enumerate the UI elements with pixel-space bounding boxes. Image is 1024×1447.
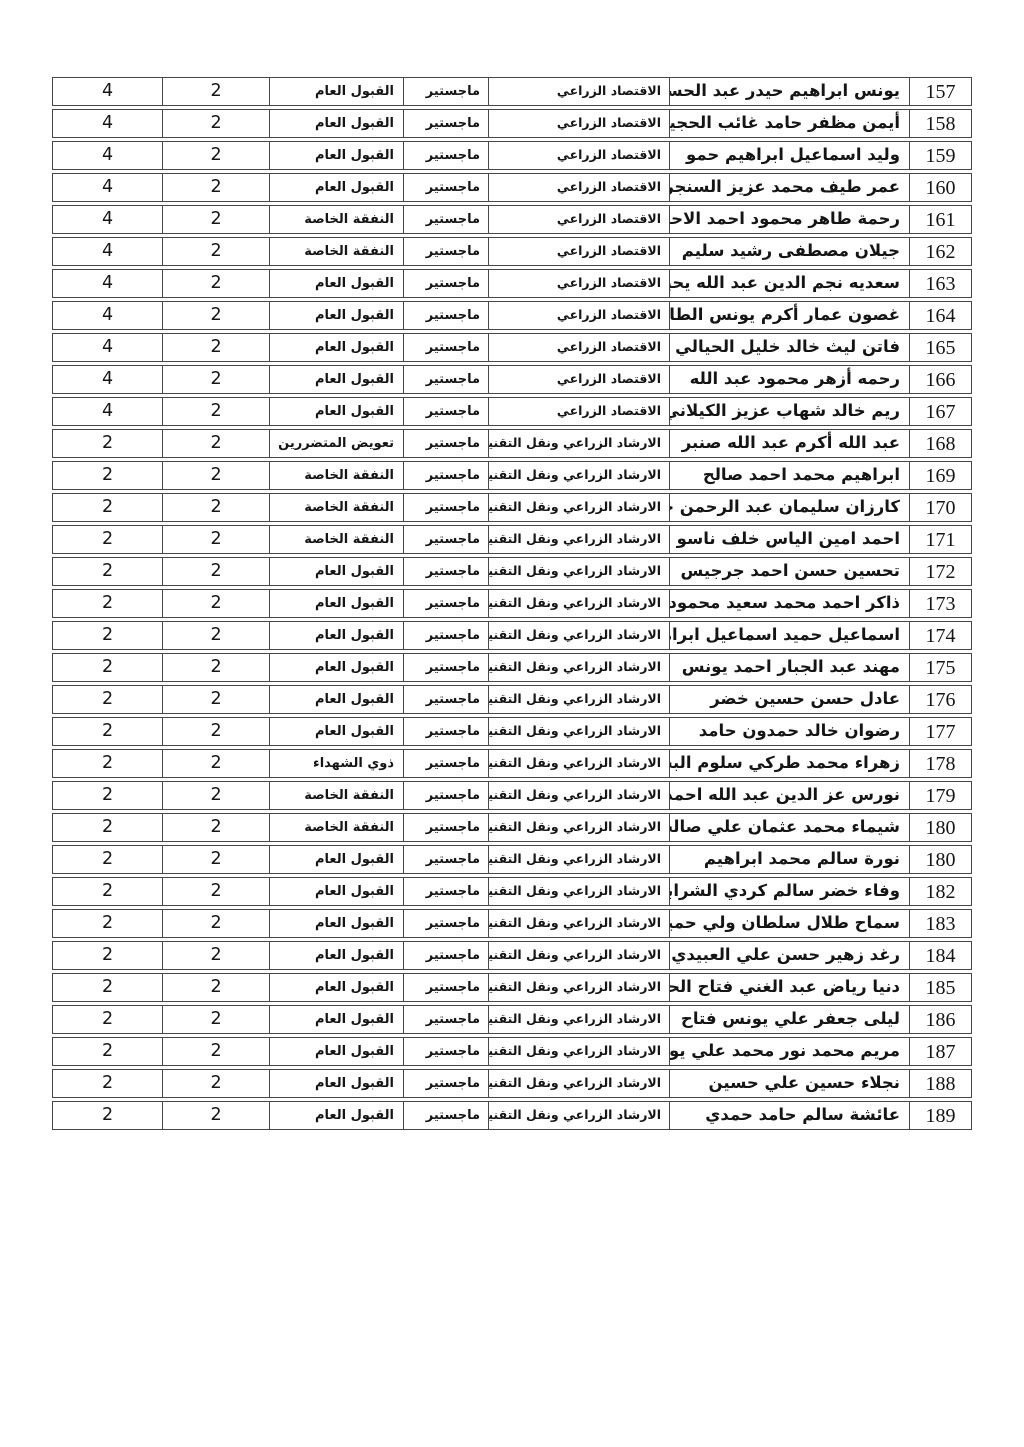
department-cell: الارشاد الزراعي ونقل التقنيات <box>488 430 669 457</box>
total-number-cell: 2 <box>53 686 162 713</box>
total-number-cell: 2 <box>53 718 162 745</box>
admission-channel-cell: القبول العام <box>269 1006 403 1033</box>
table-row: 185 دنيا رياض عبد الغني فتاح الحلاق الار… <box>52 973 972 1002</box>
table-row: 159 وليد اسماعيل ابراهيم حمو الاقتصاد ال… <box>52 141 972 170</box>
admission-channel-cell: القبول العام <box>269 878 403 905</box>
department-cell: الارشاد الزراعي ونقل التقنيات <box>488 590 669 617</box>
row-number-cell: 176 <box>909 686 971 713</box>
student-name-cell: مريم محمد نور محمد علي يونس <box>669 1038 909 1065</box>
admission-channel-cell: النفقة الخاصة <box>269 494 403 521</box>
admission-channel-cell: القبول العام <box>269 558 403 585</box>
seats-number-cell: 2 <box>162 590 269 617</box>
row-number-cell: 166 <box>909 366 971 393</box>
table-row: 162 جيلان مصطفى رشيد سليم الاقتصاد الزرا… <box>52 237 972 266</box>
seats-number-cell: 2 <box>162 782 269 809</box>
student-name-cell: عادل حسن حسين خضر <box>669 686 909 713</box>
degree-cell: ماجستير <box>403 558 488 585</box>
table-row: 182 وفاء خضر سالم كردي الشرابي الارشاد ا… <box>52 877 972 906</box>
table-row: 178 زهراء محمد طركي سلوم البجاري الارشاد… <box>52 749 972 778</box>
student-name-cell: زهراء محمد طركي سلوم البجاري <box>669 750 909 777</box>
department-cell: الارشاد الزراعي ونقل التقنيات <box>488 1006 669 1033</box>
department-cell: الارشاد الزراعي ونقل التقنيات <box>488 782 669 809</box>
student-name-cell: ليلى جعفر علي يونس فتاح <box>669 1006 909 1033</box>
department-cell: الارشاد الزراعي ونقل التقنيات <box>488 814 669 841</box>
degree-cell: ماجستير <box>403 110 488 137</box>
department-cell: الاقتصاد الزراعي <box>488 238 669 265</box>
department-cell: الارشاد الزراعي ونقل التقنيات <box>488 462 669 489</box>
degree-cell: ماجستير <box>403 142 488 169</box>
seats-number-cell: 2 <box>162 1070 269 1097</box>
department-cell: الاقتصاد الزراعي <box>488 302 669 329</box>
seats-number-cell: 2 <box>162 878 269 905</box>
seats-number-cell: 2 <box>162 686 269 713</box>
degree-cell: ماجستير <box>403 270 488 297</box>
total-number-cell: 2 <box>53 814 162 841</box>
seats-number-cell: 2 <box>162 910 269 937</box>
row-number-cell: 169 <box>909 462 971 489</box>
department-cell: الارشاد الزراعي ونقل التقنيات <box>488 718 669 745</box>
student-name-cell: عبد الله أكرم عبد الله صنبر <box>669 430 909 457</box>
seats-number-cell: 2 <box>162 750 269 777</box>
student-name-cell: نجلاء حسين علي حسين <box>669 1070 909 1097</box>
seats-number-cell: 2 <box>162 366 269 393</box>
admission-channel-cell: القبول العام <box>269 1038 403 1065</box>
seats-number-cell: 2 <box>162 622 269 649</box>
total-number-cell: 2 <box>53 494 162 521</box>
total-number-cell: 4 <box>53 206 162 233</box>
row-number-cell: 157 <box>909 78 971 105</box>
department-cell: الارشاد الزراعي ونقل التقنيات <box>488 942 669 969</box>
student-name-cell: وفاء خضر سالم كردي الشرابي <box>669 878 909 905</box>
total-number-cell: 2 <box>53 878 162 905</box>
total-number-cell: 2 <box>53 942 162 969</box>
row-number-cell: 160 <box>909 174 971 201</box>
student-name-cell: اسماعيل حميد اسماعيل ابراهيم <box>669 622 909 649</box>
student-name-cell: تحسين حسن احمد جرجيس <box>669 558 909 585</box>
degree-cell: ماجستير <box>403 334 488 361</box>
seats-number-cell: 2 <box>162 942 269 969</box>
degree-cell: ماجستير <box>403 1006 488 1033</box>
degree-cell: ماجستير <box>403 910 488 937</box>
seats-number-cell: 2 <box>162 1102 269 1129</box>
student-name-cell: كارزان سليمان عبد الرحمن حاجي <box>669 494 909 521</box>
admission-channel-cell: القبول العام <box>269 942 403 969</box>
admission-channel-cell: النفقة الخاصة <box>269 238 403 265</box>
table-row: 173 ذاكر احمد محمد سعيد محمود الارشاد ال… <box>52 589 972 618</box>
row-number-cell: 178 <box>909 750 971 777</box>
department-cell: الارشاد الزراعي ونقل التقنيات <box>488 526 669 553</box>
department-cell: الارشاد الزراعي ونقل التقنيات <box>488 846 669 873</box>
degree-cell: ماجستير <box>403 1070 488 1097</box>
row-number-cell: 177 <box>909 718 971 745</box>
row-number-cell: 161 <box>909 206 971 233</box>
student-name-cell: سماح طلال سلطان ولي حميد <box>669 910 909 937</box>
degree-cell: ماجستير <box>403 686 488 713</box>
seats-number-cell: 2 <box>162 494 269 521</box>
total-number-cell: 2 <box>53 910 162 937</box>
seats-number-cell: 2 <box>162 398 269 425</box>
seats-number-cell: 2 <box>162 974 269 1001</box>
table-row: 177 رضوان خالد حمدون حامد الارشاد الزراع… <box>52 717 972 746</box>
department-cell: الارشاد الزراعي ونقل التقنيات <box>488 686 669 713</box>
seats-number-cell: 2 <box>162 1038 269 1065</box>
admission-list-table: 157 يونس ابراهيم حيدر عبد الحسن الاقتصاد… <box>52 77 972 1133</box>
table-row: 175 مهند عبد الجبار احمد يونس الارشاد ال… <box>52 653 972 682</box>
department-cell: الارشاد الزراعي ونقل التقنيات <box>488 878 669 905</box>
total-number-cell: 4 <box>53 174 162 201</box>
admission-channel-cell: القبول العام <box>269 686 403 713</box>
row-number-cell: 183 <box>909 910 971 937</box>
admission-channel-cell: القبول العام <box>269 622 403 649</box>
department-cell: الاقتصاد الزراعي <box>488 206 669 233</box>
table-row: 174 اسماعيل حميد اسماعيل ابراهيم الارشاد… <box>52 621 972 650</box>
total-number-cell: 4 <box>53 110 162 137</box>
document-page: 157 يونس ابراهيم حيدر عبد الحسن الاقتصاد… <box>0 0 1024 1447</box>
total-number-cell: 4 <box>53 142 162 169</box>
row-number-cell: 172 <box>909 558 971 585</box>
degree-cell: ماجستير <box>403 878 488 905</box>
seats-number-cell: 2 <box>162 526 269 553</box>
degree-cell: ماجستير <box>403 238 488 265</box>
student-name-cell: نورس عز الدين عبد الله احمد <box>669 782 909 809</box>
department-cell: الاقتصاد الزراعي <box>488 366 669 393</box>
department-cell: الارشاد الزراعي ونقل التقنيات <box>488 1102 669 1129</box>
admission-channel-cell: القبول العام <box>269 910 403 937</box>
degree-cell: ماجستير <box>403 590 488 617</box>
student-name-cell: ريم خالد شهاب عزيز الكيلاني <box>669 398 909 425</box>
degree-cell: ماجستير <box>403 942 488 969</box>
row-number-cell: 180 <box>909 846 971 873</box>
table-row: 157 يونس ابراهيم حيدر عبد الحسن الاقتصاد… <box>52 77 972 106</box>
row-number-cell: 167 <box>909 398 971 425</box>
row-number-cell: 158 <box>909 110 971 137</box>
student-name-cell: رضوان خالد حمدون حامد <box>669 718 909 745</box>
row-number-cell: 163 <box>909 270 971 297</box>
student-name-cell: يونس ابراهيم حيدر عبد الحسن <box>669 78 909 105</box>
admission-channel-cell: القبول العام <box>269 78 403 105</box>
table-row: 179 نورس عز الدين عبد الله احمد الارشاد … <box>52 781 972 810</box>
degree-cell: ماجستير <box>403 974 488 1001</box>
admission-channel-cell: القبول العام <box>269 1070 403 1097</box>
department-cell: الاقتصاد الزراعي <box>488 334 669 361</box>
admission-channel-cell: النفقة الخاصة <box>269 526 403 553</box>
seats-number-cell: 2 <box>162 110 269 137</box>
total-number-cell: 2 <box>53 750 162 777</box>
seats-number-cell: 2 <box>162 558 269 585</box>
department-cell: الاقتصاد الزراعي <box>488 78 669 105</box>
total-number-cell: 4 <box>53 238 162 265</box>
table-row: 187 مريم محمد نور محمد علي يونس الارشاد … <box>52 1037 972 1066</box>
degree-cell: ماجستير <box>403 430 488 457</box>
total-number-cell: 2 <box>53 1006 162 1033</box>
department-cell: الارشاد الزراعي ونقل التقنيات <box>488 910 669 937</box>
total-number-cell: 4 <box>53 334 162 361</box>
total-number-cell: 2 <box>53 1070 162 1097</box>
seats-number-cell: 2 <box>162 206 269 233</box>
student-name-cell: فاتن ليث خالد خليل الحيالي <box>669 334 909 361</box>
table-row: 183 سماح طلال سلطان ولي حميد الارشاد الز… <box>52 909 972 938</box>
total-number-cell: 2 <box>53 622 162 649</box>
degree-cell: ماجستير <box>403 814 488 841</box>
table-row: 171 احمد امين الياس خلف ناسو الارشاد الز… <box>52 525 972 554</box>
table-row: 160 عمر طيف محمد عزيز السنجري الاقتصاد ا… <box>52 173 972 202</box>
table-row: 189 عائشة سالم حامد حمدي الارشاد الزراعي… <box>52 1101 972 1130</box>
degree-cell: ماجستير <box>403 782 488 809</box>
admission-channel-cell: النفقة الخاصة <box>269 814 403 841</box>
seats-number-cell: 2 <box>162 462 269 489</box>
row-number-cell: 188 <box>909 1070 971 1097</box>
student-name-cell: ابراهيم محمد احمد صالح <box>669 462 909 489</box>
seats-number-cell: 2 <box>162 718 269 745</box>
student-name-cell: احمد امين الياس خلف ناسو <box>669 526 909 553</box>
admission-channel-cell: القبول العام <box>269 654 403 681</box>
degree-cell: ماجستير <box>403 718 488 745</box>
admission-channel-cell: القبول العام <box>269 846 403 873</box>
admission-channel-cell: القبول العام <box>269 110 403 137</box>
student-name-cell: رغد زهير حسن علي العبيدي <box>669 942 909 969</box>
student-name-cell: نورة سالم محمد ابراهيم <box>669 846 909 873</box>
table-row: 180 نورة سالم محمد ابراهيم الارشاد الزرا… <box>52 845 972 874</box>
student-name-cell: سعديه نجم الدين عبد الله يحيى <box>669 270 909 297</box>
admission-channel-cell: ذوي الشهداء <box>269 750 403 777</box>
admission-channel-cell: النفقة الخاصة <box>269 206 403 233</box>
degree-cell: ماجستير <box>403 1102 488 1129</box>
seats-number-cell: 2 <box>162 238 269 265</box>
table-row: 188 نجلاء حسين علي حسين الارشاد الزراعي … <box>52 1069 972 1098</box>
degree-cell: ماجستير <box>403 206 488 233</box>
admission-channel-cell: القبول العام <box>269 1102 403 1129</box>
row-number-cell: 171 <box>909 526 971 553</box>
admission-channel-cell: تعويض المتضررين <box>269 430 403 457</box>
department-cell: الارشاد الزراعي ونقل التقنيات <box>488 974 669 1001</box>
seats-number-cell: 2 <box>162 430 269 457</box>
student-name-cell: رحمة طاهر محمود احمد الاحمد <box>669 206 909 233</box>
admission-channel-cell: القبول العام <box>269 398 403 425</box>
total-number-cell: 2 <box>53 846 162 873</box>
total-number-cell: 2 <box>53 462 162 489</box>
table-row: 180 شيماء محمد عثمان علي صالحي الارشاد ا… <box>52 813 972 842</box>
table-row: 158 أيمن مظفر حامد غائب الحجية الاقتصاد … <box>52 109 972 138</box>
student-name-cell: شيماء محمد عثمان علي صالحي <box>669 814 909 841</box>
seats-number-cell: 2 <box>162 270 269 297</box>
seats-number-cell: 2 <box>162 174 269 201</box>
admission-channel-cell: القبول العام <box>269 174 403 201</box>
department-cell: الاقتصاد الزراعي <box>488 142 669 169</box>
table-row: 172 تحسين حسن احمد جرجيس الارشاد الزراعي… <box>52 557 972 586</box>
row-number-cell: 174 <box>909 622 971 649</box>
degree-cell: ماجستير <box>403 366 488 393</box>
table-row: 184 رغد زهير حسن علي العبيدي الارشاد الز… <box>52 941 972 970</box>
total-number-cell: 4 <box>53 270 162 297</box>
row-number-cell: 186 <box>909 1006 971 1033</box>
department-cell: الاقتصاد الزراعي <box>488 270 669 297</box>
admission-channel-cell: القبول العام <box>269 590 403 617</box>
degree-cell: ماجستير <box>403 494 488 521</box>
total-number-cell: 2 <box>53 1038 162 1065</box>
table-row: 169 ابراهيم محمد احمد صالح الارشاد الزرا… <box>52 461 972 490</box>
table-row: 161 رحمة طاهر محمود احمد الاحمد الاقتصاد… <box>52 205 972 234</box>
department-cell: الارشاد الزراعي ونقل التقنيات <box>488 558 669 585</box>
table-row: 176 عادل حسن حسين خضر الارشاد الزراعي ون… <box>52 685 972 714</box>
total-number-cell: 2 <box>53 526 162 553</box>
table-row: 186 ليلى جعفر علي يونس فتاح الارشاد الزر… <box>52 1005 972 1034</box>
total-number-cell: 2 <box>53 590 162 617</box>
seats-number-cell: 2 <box>162 1006 269 1033</box>
department-cell: الارشاد الزراعي ونقل التقنيات <box>488 1070 669 1097</box>
student-name-cell: غصون عمار أكرم يونس الطائي <box>669 302 909 329</box>
student-name-cell: عائشة سالم حامد حمدي <box>669 1102 909 1129</box>
department-cell: الاقتصاد الزراعي <box>488 174 669 201</box>
admission-channel-cell: النفقة الخاصة <box>269 462 403 489</box>
seats-number-cell: 2 <box>162 654 269 681</box>
admission-channel-cell: القبول العام <box>269 718 403 745</box>
degree-cell: ماجستير <box>403 302 488 329</box>
table-row: 165 فاتن ليث خالد خليل الحيالي الاقتصاد … <box>52 333 972 362</box>
department-cell: الارشاد الزراعي ونقل التقنيات <box>488 494 669 521</box>
table-row: 164 غصون عمار أكرم يونس الطائي الاقتصاد … <box>52 301 972 330</box>
row-number-cell: 180 <box>909 814 971 841</box>
row-number-cell: 184 <box>909 942 971 969</box>
table-row: 166 رحمه أزهر محمود عبد الله الاقتصاد ال… <box>52 365 972 394</box>
seats-number-cell: 2 <box>162 302 269 329</box>
seats-number-cell: 2 <box>162 846 269 873</box>
row-number-cell: 168 <box>909 430 971 457</box>
row-number-cell: 185 <box>909 974 971 1001</box>
degree-cell: ماجستير <box>403 622 488 649</box>
degree-cell: ماجستير <box>403 78 488 105</box>
degree-cell: ماجستير <box>403 174 488 201</box>
table-row: 168 عبد الله أكرم عبد الله صنبر الارشاد … <box>52 429 972 458</box>
seats-number-cell: 2 <box>162 814 269 841</box>
degree-cell: ماجستير <box>403 1038 488 1065</box>
seats-number-cell: 2 <box>162 334 269 361</box>
admission-channel-cell: القبول العام <box>269 270 403 297</box>
admission-channel-cell: القبول العام <box>269 366 403 393</box>
degree-cell: ماجستير <box>403 398 488 425</box>
degree-cell: ماجستير <box>403 750 488 777</box>
total-number-cell: 2 <box>53 782 162 809</box>
row-number-cell: 170 <box>909 494 971 521</box>
student-name-cell: أيمن مظفر حامد غائب الحجية <box>669 110 909 137</box>
row-number-cell: 165 <box>909 334 971 361</box>
total-number-cell: 2 <box>53 430 162 457</box>
department-cell: الارشاد الزراعي ونقل التقنيات <box>488 750 669 777</box>
student-name-cell: مهند عبد الجبار احمد يونس <box>669 654 909 681</box>
student-name-cell: رحمه أزهر محمود عبد الله <box>669 366 909 393</box>
department-cell: الارشاد الزراعي ونقل التقنيات <box>488 622 669 649</box>
student-name-cell: دنيا رياض عبد الغني فتاح الحلاق <box>669 974 909 1001</box>
degree-cell: ماجستير <box>403 654 488 681</box>
seats-number-cell: 2 <box>162 142 269 169</box>
row-number-cell: 164 <box>909 302 971 329</box>
row-number-cell: 182 <box>909 878 971 905</box>
student-name-cell: جيلان مصطفى رشيد سليم <box>669 238 909 265</box>
degree-cell: ماجستير <box>403 462 488 489</box>
row-number-cell: 189 <box>909 1102 971 1129</box>
row-number-cell: 159 <box>909 142 971 169</box>
student-name-cell: ذاكر احمد محمد سعيد محمود <box>669 590 909 617</box>
total-number-cell: 4 <box>53 302 162 329</box>
admission-channel-cell: القبول العام <box>269 142 403 169</box>
department-cell: الاقتصاد الزراعي <box>488 398 669 425</box>
student-name-cell: وليد اسماعيل ابراهيم حمو <box>669 142 909 169</box>
total-number-cell: 2 <box>53 974 162 1001</box>
row-number-cell: 173 <box>909 590 971 617</box>
row-number-cell: 187 <box>909 1038 971 1065</box>
admission-channel-cell: النفقة الخاصة <box>269 782 403 809</box>
row-number-cell: 175 <box>909 654 971 681</box>
table-row: 163 سعديه نجم الدين عبد الله يحيى الاقتص… <box>52 269 972 298</box>
total-number-cell: 4 <box>53 398 162 425</box>
degree-cell: ماجستير <box>403 526 488 553</box>
row-number-cell: 179 <box>909 782 971 809</box>
table-row: 170 كارزان سليمان عبد الرحمن حاجي الارشا… <box>52 493 972 522</box>
total-number-cell: 2 <box>53 558 162 585</box>
degree-cell: ماجستير <box>403 846 488 873</box>
admission-channel-cell: القبول العام <box>269 302 403 329</box>
row-number-cell: 162 <box>909 238 971 265</box>
admission-channel-cell: القبول العام <box>269 974 403 1001</box>
student-name-cell: عمر طيف محمد عزيز السنجري <box>669 174 909 201</box>
seats-number-cell: 2 <box>162 78 269 105</box>
table-row: 167 ريم خالد شهاب عزيز الكيلاني الاقتصاد… <box>52 397 972 426</box>
total-number-cell: 2 <box>53 654 162 681</box>
total-number-cell: 2 <box>53 1102 162 1129</box>
department-cell: الارشاد الزراعي ونقل التقنيات <box>488 654 669 681</box>
department-cell: الارشاد الزراعي ونقل التقنيات <box>488 1038 669 1065</box>
admission-channel-cell: القبول العام <box>269 334 403 361</box>
department-cell: الاقتصاد الزراعي <box>488 110 669 137</box>
total-number-cell: 4 <box>53 366 162 393</box>
total-number-cell: 4 <box>53 78 162 105</box>
